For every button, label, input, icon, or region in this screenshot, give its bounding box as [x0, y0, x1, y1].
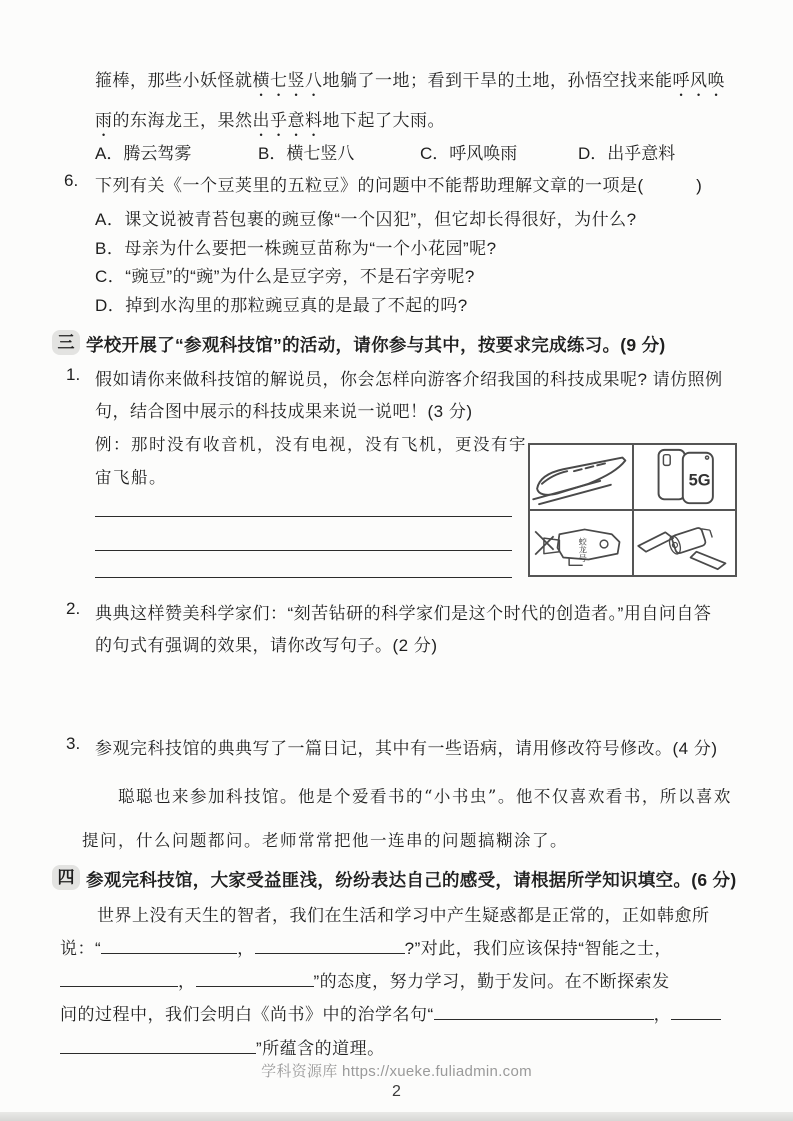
q6-number: 6. — [64, 171, 78, 191]
q2-stem-line-2: 的句式有强调的效果，请你改写句子。(2 分) — [95, 631, 438, 656]
satellite-icon — [633, 510, 737, 576]
passage-line-2: 雨的东海龙王，果然出乎意料地下起了大雨。 — [95, 106, 445, 140]
passage-emphasized-idiom: 横七竖八 — [253, 71, 323, 90]
fill-blank — [101, 936, 237, 954]
fill-blank — [60, 969, 178, 987]
fill-blank — [60, 1036, 256, 1054]
q6-stem: 下列有关《一个豆荚里的五粒豆》的问题中不能帮助理解文章的一项是( ) — [95, 171, 702, 196]
passage-text: 箍棒，那些小妖怪就 — [95, 71, 253, 90]
s4-body-line-5: ”所蕴含的道理。 — [60, 1034, 385, 1059]
5g-phone-icon: 5G — [633, 444, 737, 510]
section-4-title: 参观完科技馆，大家受益匪浅，纷纷表达自己的感受，请根据所学知识填空。(6 分) — [86, 867, 736, 892]
section-3-title: 学校开展了“参观科技馆”的活动，请你参与其中，按要求完成练习。(9 分) — [86, 332, 666, 357]
q5-options-row: A．腾云驾雾 B．横七竖八 C．呼风唤雨 D．出乎意料 — [95, 139, 740, 161]
fill-blank — [196, 969, 314, 987]
s4-text: ， — [178, 972, 196, 991]
answer-line — [95, 516, 512, 517]
q6-option-d: D．掉到水沟里的那粒豌豆真的是最了不起的吗? — [95, 291, 468, 316]
fill-blank — [434, 1002, 654, 1020]
tech-achievements-figure: 5G 蛟龙号 — [528, 443, 737, 577]
fill-blank — [671, 1002, 721, 1020]
section-3-badge: 三 — [52, 330, 80, 355]
exam-page: 箍棒，那些小妖怪就横七竖八地躺了一地；看到干旱的土地，孙悟空找来能呼风唤 雨的东… — [0, 0, 793, 1121]
example-sentence-line-2: 宙飞船。 — [95, 464, 167, 488]
q2-number: 2. — [66, 599, 80, 619]
s4-text: ?”对此，我们应该保持“智能之士， — [405, 939, 672, 958]
fill-blank — [255, 936, 405, 954]
s4-text: ”的态度，努力学习，勤于发问。在不断探索发 — [314, 972, 670, 991]
q2-stem-line-1: 典典这样赞美科学家们：“刻苦钻研的科学家们是这个时代的创造者。”用自问自答 — [95, 599, 711, 624]
option-b: B．横七竖八 — [258, 139, 354, 164]
passage-text: 地下起了大雨。 — [323, 111, 446, 130]
s4-body-line-4: 问的过程中，我们会明白《尚书》中的治学名句“， — [60, 1000, 721, 1025]
option-a: A．腾云驾雾 — [95, 139, 191, 164]
submersible-icon: 蛟龙号 — [529, 510, 633, 576]
s4-text: ”所蕴含的道理。 — [256, 1039, 385, 1058]
s4-text: ， — [654, 1005, 672, 1024]
passage-emphasized-idiom: 呼风唤 — [673, 71, 726, 90]
passage-text: 地躺了一地；看到干旱的土地，孙悟空找来能 — [323, 71, 673, 90]
s4-body-line-2: 说：“，?”对此，我们应该保持“智能之士， — [60, 934, 672, 959]
passage-text: 的东海龙王，果然 — [113, 111, 253, 130]
section-4-badge: 四 — [52, 865, 80, 890]
page-edge-shadow — [0, 1112, 793, 1121]
s4-body-line-1: 世界上没有天生的智者，我们在生活和学习中产生疑惑都是正常的，正如韩愈所 — [97, 901, 710, 926]
jiaolong-label: 蛟龙号 — [577, 536, 587, 561]
q6-option-b: B．母亲为什么要把一株豌豆苗称为“一个小花园”呢? — [95, 234, 497, 259]
s4-text: 说：“ — [60, 939, 101, 958]
5g-label: 5G — [688, 472, 710, 490]
answer-line — [95, 577, 512, 578]
watermark: 学科资源库 https://xueke.fuliadmin.com — [0, 1060, 793, 1081]
s4-text: 问的过程中，我们会明白《尚书》中的治学名句“ — [60, 1005, 434, 1024]
s4-text: ， — [237, 939, 255, 958]
q3-stem: 参观完科技馆的典典写了一篇日记，其中有一些语病，请用修改符号修改。(4 分) — [95, 734, 718, 759]
example-sentence-line-1: 例：那时没有收音机，没有电视，没有飞机，更没有宇 — [95, 431, 527, 455]
q1-stem-line-2: 句，结合图中展示的科技成果来说一说吧！(3 分) — [95, 397, 473, 422]
diary-line-2: 提问，什么问题都问。老师常常把他一连串的问题搞糊涂了。 — [82, 827, 568, 851]
option-c: C．呼风唤雨 — [420, 139, 517, 164]
page-number: 2 — [0, 1083, 793, 1101]
q6-option-a: A．课文说被青苔包裹的豌豆像“一个囚犯”，但它却长得很好，为什么? — [95, 205, 637, 230]
s4-body-line-3: ，”的态度，努力学习，勤于发问。在不断探索发 — [60, 967, 670, 992]
diary-line-1: 聪聪也来参加科技馆。他是个爱看书的“小书虫”。他不仅喜欢看书，所以喜欢 — [118, 783, 732, 807]
answer-line — [95, 550, 512, 551]
q6-option-c: C．“豌豆”的“豌”为什么是豆字旁，不是石字旁呢? — [95, 262, 475, 287]
passage-emphasized-idiom: 出乎意料 — [253, 111, 323, 130]
q3-number: 3. — [66, 734, 80, 754]
train-icon — [529, 444, 633, 510]
q1-stem-line-1: 假如请你来做科技馆的解说员，你会怎样向游客介绍我国的科技成果呢? 请仿照例 — [95, 365, 723, 390]
passage-emphasized-idiom: 雨 — [95, 111, 113, 130]
q1-number: 1. — [66, 365, 80, 385]
passage-line-1: 箍棒，那些小妖怪就横七竖八地躺了一地；看到干旱的土地，孙悟空找来能呼风唤 — [95, 66, 725, 100]
option-d: D．出乎意料 — [578, 139, 675, 164]
